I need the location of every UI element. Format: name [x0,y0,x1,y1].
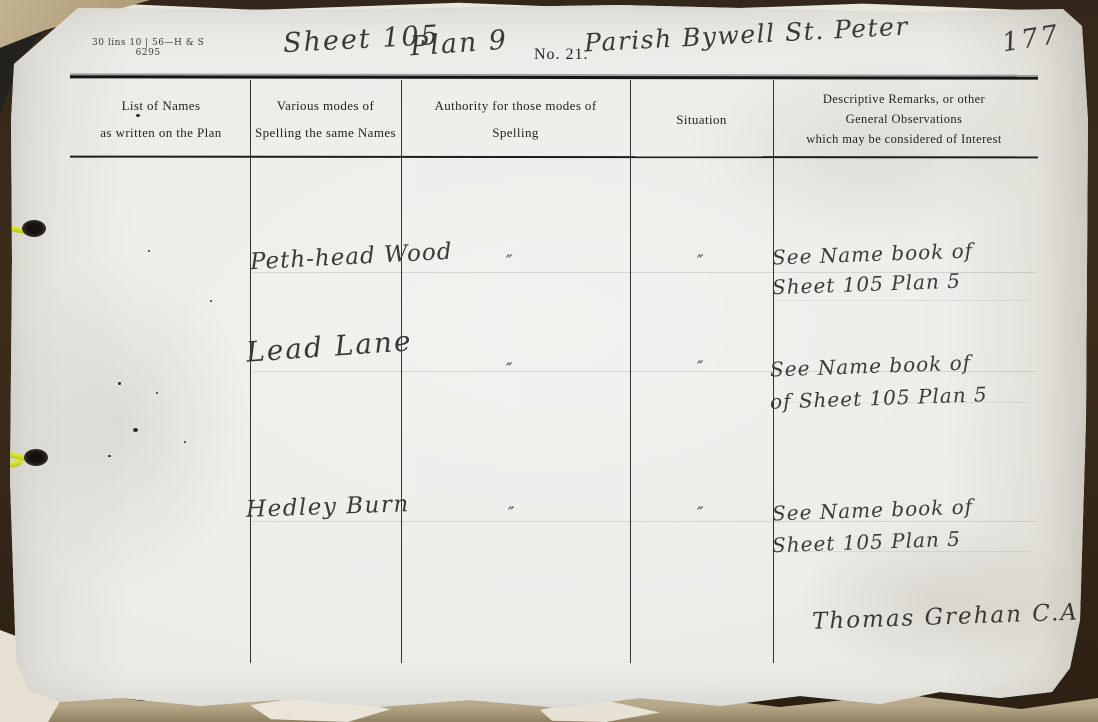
parish-name-handwritten: Parish Bywell St. Peter [583,12,909,58]
table-header-bottom-rule [70,156,1038,159]
ditto-mark-authority: ″ [506,252,512,272]
ink-speck [148,250,150,252]
entry-name-pethhead-wood: Peth-head Wood [249,239,453,276]
remarks-line: Sheet 105 Plan 5 [772,527,962,558]
remarks-line: See Name book of [770,350,972,381]
table-top-rule [70,75,1038,79]
column-header-remarks: Descriptive Remarks, or other General Ob… [773,86,1035,152]
column-header-line: Spelling the same Names [255,119,396,146]
punch-hole [24,449,48,466]
page-number-handwritten: 177 [1000,20,1063,59]
column-header-line: List of Names [122,92,201,119]
document-page: 30 lins 10 | 56—H & S 6295 Sheet 105 Pla… [0,0,1098,722]
ditto-mark-authority: ″ [506,360,512,380]
ruled-guide-line [775,300,1030,301]
ditto-mark-situation: ″ [697,504,703,524]
column-header-line: Spelling [492,119,539,146]
column-header-list-of-names: List of Names as written on the Plan [72,86,250,152]
ditto-mark-situation: ″ [697,358,703,378]
column-header-line: as written on the Plan [100,119,221,146]
ink-speck [210,300,212,302]
document-photo: { "stamp": { "line1": "30 lins 10 | 56\u… [0,0,1098,722]
ink-speck [133,428,138,432]
column-header-line: General Observations [846,109,963,129]
surveyor-signature: Thomas Grehan C.A. [812,599,1089,635]
column-header-line: Descriptive Remarks, or other [823,89,985,109]
printer-stamp-line1: 30 lins 10 | 56—H & S [92,38,204,48]
column-header-line: which may be considered of Interest [806,129,1002,149]
form-number-label: No. 21. [534,46,589,64]
ink-speck [118,382,121,385]
binding-string [0,459,22,470]
entry-name-lead-lane: Lead Lane [245,324,413,369]
remarks-line: of Sheet 105 Plan 5 [770,382,988,414]
ink-speck [108,455,111,457]
remarks-line: See Name book of [772,238,974,269]
column-header-situation: Situation [630,86,773,152]
entry-name-hedley-burn: Hedley Burn [246,491,410,523]
punch-hole [22,220,46,237]
column-header-various-modes: Various modes of Spelling the same Names [250,86,401,152]
plan-number-handwritten: Plan 9 [409,25,509,63]
printer-stamp-line2: 6295 [92,48,204,58]
column-header-line: Situation [676,106,727,133]
printer-stamp: 30 lins 10 | 56—H & S 6295 [92,38,204,58]
column-header-line: Authority for those modes of [434,92,596,119]
column-header-authority: Authority for those modes of Spelling [401,86,630,152]
ink-speck [156,392,158,394]
ink-speck [184,441,186,443]
ruled-guide-line [252,521,1036,522]
remarks-line: Sheet 105 Plan 5 [772,269,962,300]
column-header-line: Various modes of [277,92,374,119]
ditto-mark-situation: ″ [697,252,703,272]
ditto-mark-authority: ″ [508,504,514,524]
